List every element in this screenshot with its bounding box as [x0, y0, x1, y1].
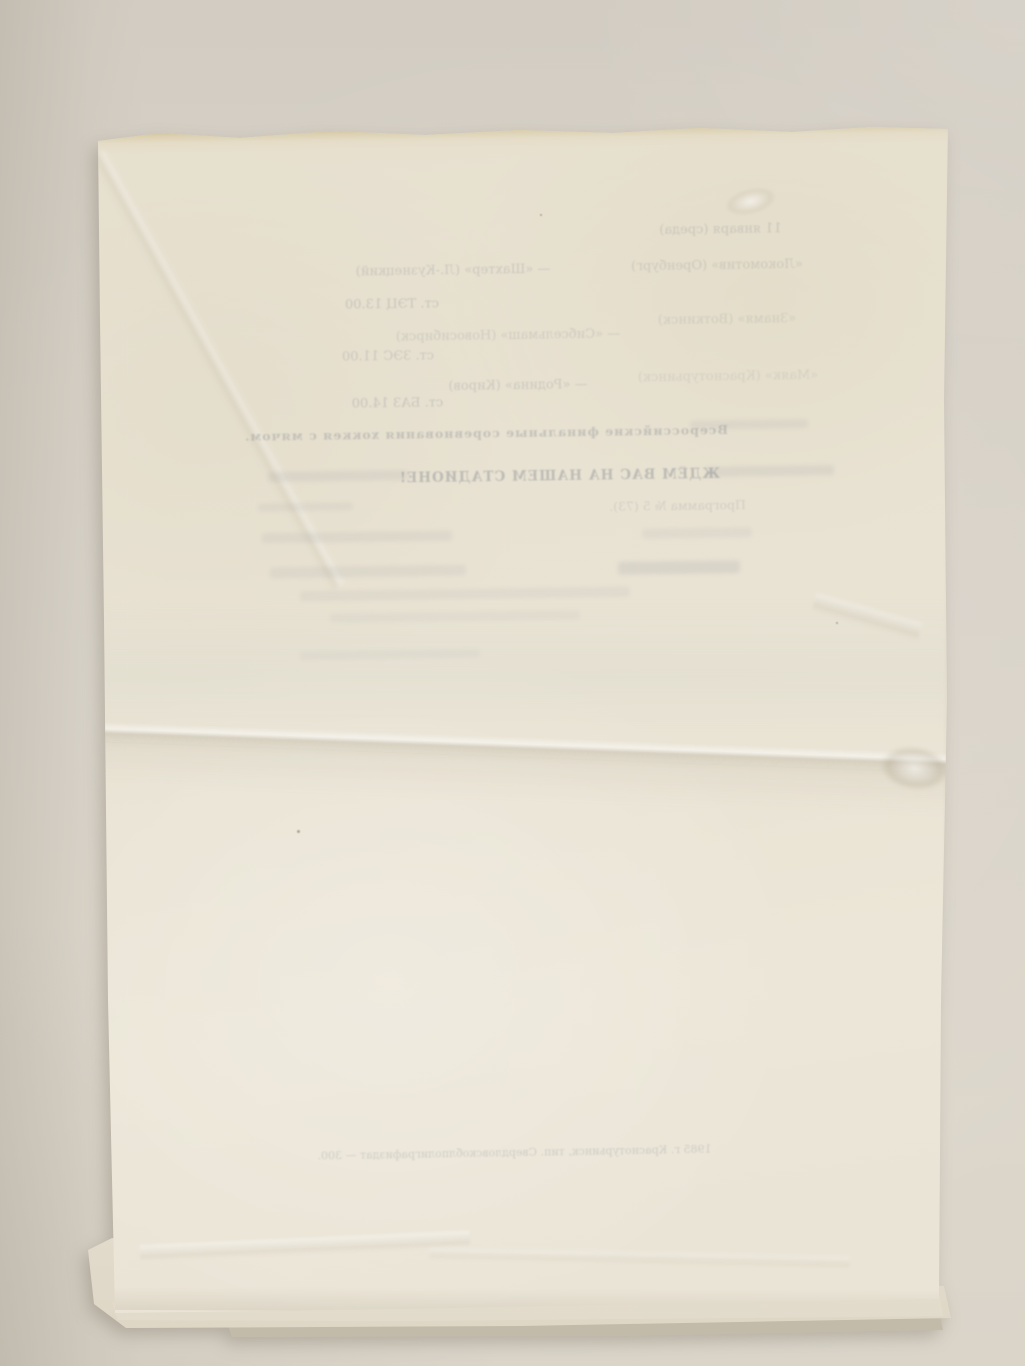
photo-of-programme-back-page: 11 января (среда)«Локомотив» (Оренбург)—…: [0, 0, 1025, 1366]
photo-vignette: [0, 0, 1025, 1366]
